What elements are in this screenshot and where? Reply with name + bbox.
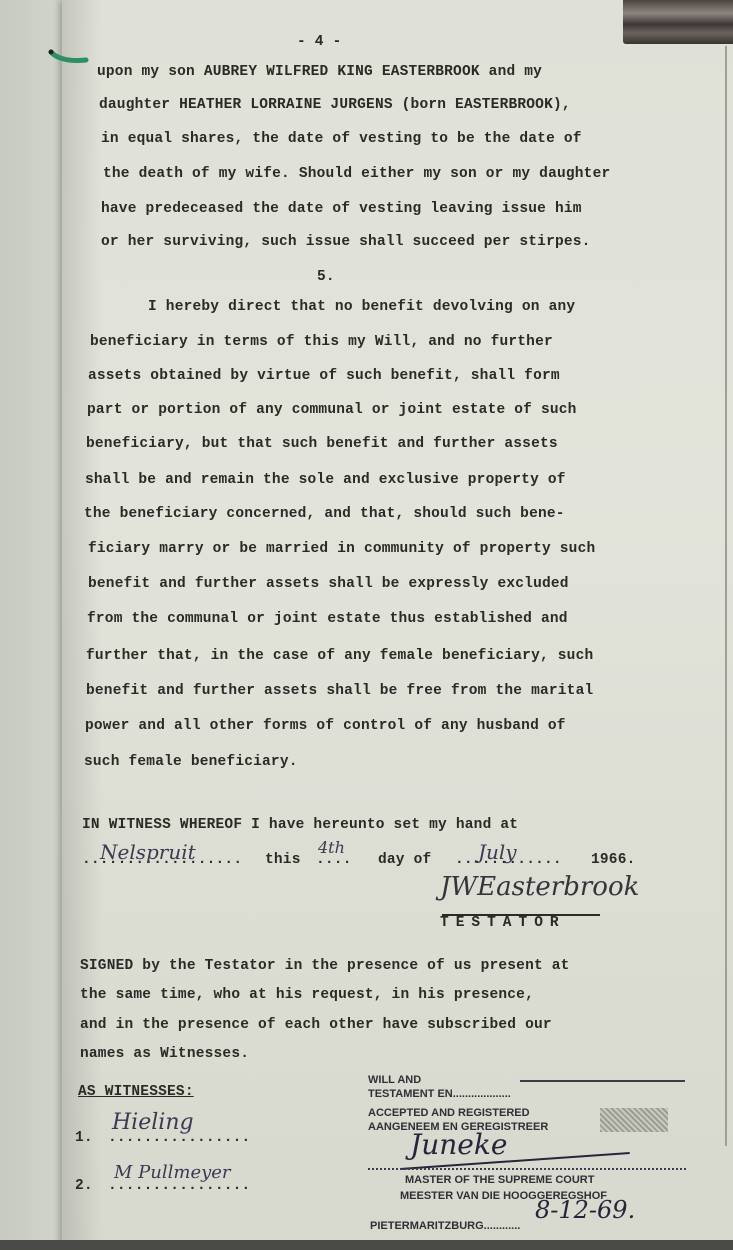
witness-2-signature: M Pullmeyer	[114, 1162, 231, 1183]
binder-clip	[623, 0, 733, 44]
stamp-line-middle	[368, 1168, 686, 1170]
clause4-line: or her surviving, such issue shall succe…	[101, 234, 591, 250]
clause5-line: further that, in the case of any female …	[86, 648, 593, 664]
green-string-tie-icon	[48, 48, 90, 64]
signed-line: and in the presence of each other have s…	[80, 1017, 552, 1033]
signed-line: names as Witnesses.	[80, 1046, 249, 1062]
page-edge-line	[725, 46, 727, 1146]
witness-2-number: 2.	[75, 1178, 93, 1194]
stamp-smudge	[600, 1108, 668, 1132]
clause4-line: in equal shares, the date of vesting to …	[101, 131, 582, 147]
clause5-line: power and all other forms of control of …	[85, 718, 566, 734]
clause5-line: benefit and further assets shall be free…	[86, 683, 593, 699]
year-text: 1966.	[591, 852, 636, 868]
signed-line: the same time, who at his request, in hi…	[80, 987, 534, 1003]
clause5-line: from the communal or joint estate thus e…	[87, 611, 568, 627]
clause4-line: the death of my wife. Should either my s…	[103, 166, 610, 182]
clause4-line: daughter HEATHER LORRAINE JURGENS (born …	[99, 97, 571, 113]
clause5-line: such female beneficiary.	[84, 754, 298, 770]
clause5-line: I hereby direct that no benefit devolvin…	[148, 299, 575, 315]
clause5-line: ficiary marry or be married in community…	[88, 541, 595, 557]
page-number: - 4 -	[297, 34, 342, 50]
witnesses-heading: AS WITNESSES:	[78, 1084, 194, 1100]
master-signature: Juneke	[410, 1128, 507, 1161]
clause5-line: assets obtained by virtue of such benefi…	[88, 368, 560, 384]
clause5-number: 5.	[317, 269, 335, 285]
testator-signature: JWEasterbrook	[440, 872, 639, 902]
testator-label: TESTATOR	[440, 915, 566, 931]
day-of-text: day of	[378, 852, 431, 868]
clause4-line: upon my son AUBREY WILFRED KING EASTERBR…	[97, 64, 542, 80]
clause5-line: part or portion of any communal or joint…	[87, 402, 577, 418]
month-handwritten: July	[478, 840, 517, 864]
witness-1-number: 1.	[75, 1130, 93, 1146]
stamp-testament-en: TESTAMENT EN...................	[368, 1088, 511, 1100]
registration-date-handwritten: 8-12-69.	[535, 1196, 635, 1224]
this-text: this	[265, 852, 301, 868]
day-handwritten: 4th	[318, 838, 345, 857]
stamp-accepted-registered: ACCEPTED AND REGISTERED	[368, 1107, 530, 1119]
clause5-line: beneficiary in terms of this my Will, an…	[90, 334, 553, 350]
place-handwritten: Nelspruit	[100, 840, 196, 864]
clause4-line: have predeceased the date of vesting lea…	[101, 201, 582, 217]
clause5-line: beneficiary, but that such benefit and f…	[86, 436, 558, 452]
clause5-line: benefit and further assets shall be expr…	[88, 576, 569, 592]
clause5-line: the beneficiary concerned, and that, sho…	[84, 506, 565, 522]
stamp-master-supreme-court: MASTER OF THE SUPREME COURT	[405, 1174, 594, 1186]
stamp-line-top	[520, 1080, 685, 1082]
stamp-pietermaritzburg: PIETERMARITZBURG............	[370, 1220, 520, 1232]
clause5-line: shall be and remain the sole and exclusi…	[85, 472, 566, 488]
table-edge	[0, 1240, 733, 1250]
signed-line: SIGNED by the Testator in the presence o…	[80, 958, 570, 974]
witness-1-signature: Hieling	[112, 1110, 194, 1135]
stamp-will-and: WILL AND	[368, 1074, 421, 1086]
witness-whereof-line: IN WITNESS WHEREOF I have hereunto set m…	[82, 817, 518, 833]
